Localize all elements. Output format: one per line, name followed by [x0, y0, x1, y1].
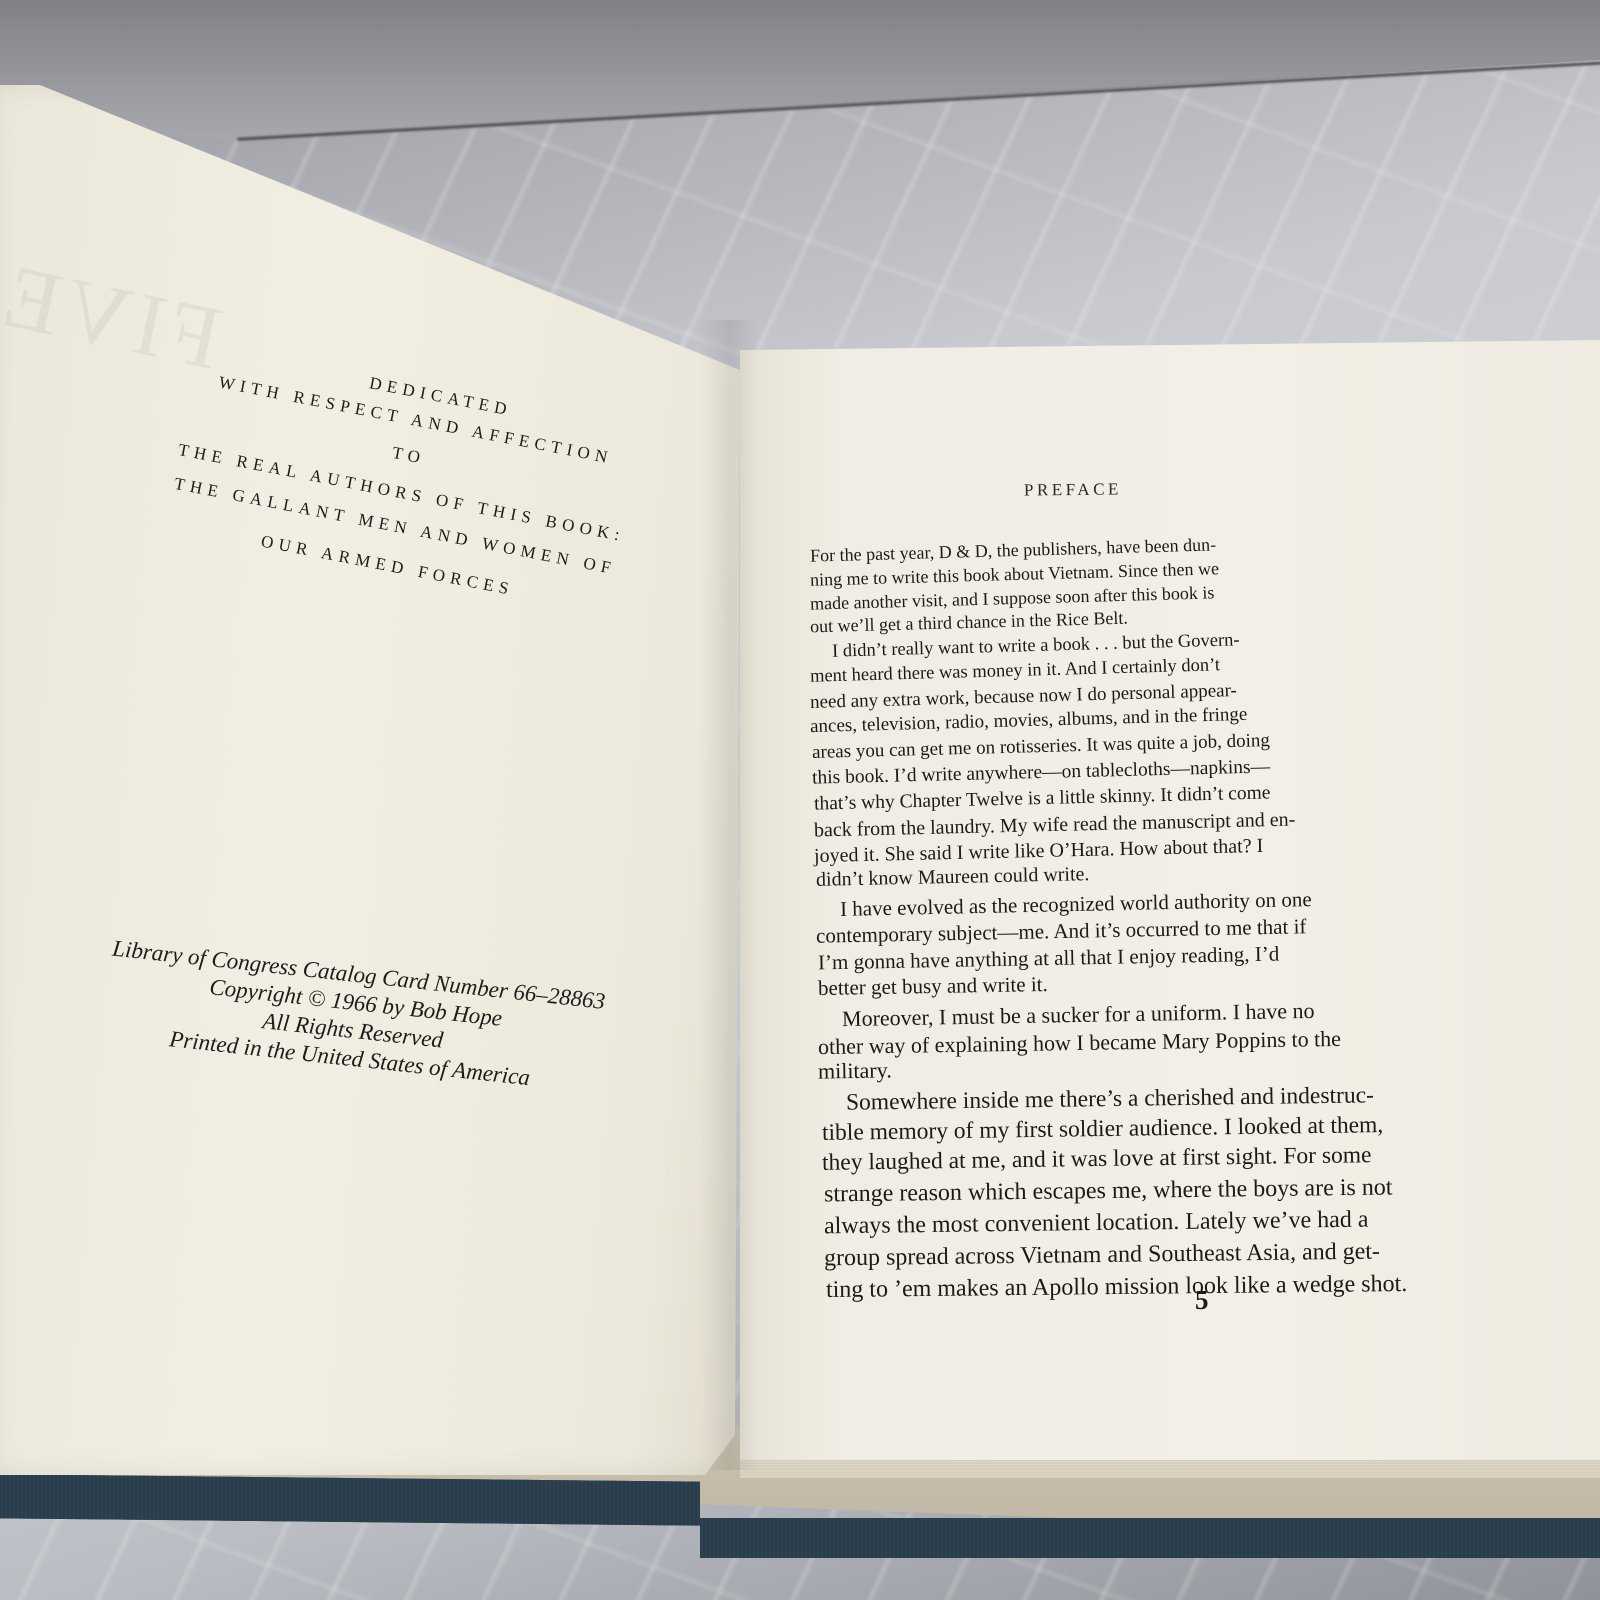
- page-block-edges: [740, 1460, 1600, 1478]
- text-line: military.: [818, 1057, 892, 1084]
- page-number: 5: [1195, 1285, 1209, 1316]
- cloth-binding-left: [0, 1474, 700, 1525]
- preface-heading: PREFACE: [1024, 479, 1122, 500]
- gutter-shadow: [700, 320, 760, 1470]
- text-line: better get busy and write it.: [818, 972, 1048, 1001]
- cloth-binding-right: [700, 1518, 1600, 1558]
